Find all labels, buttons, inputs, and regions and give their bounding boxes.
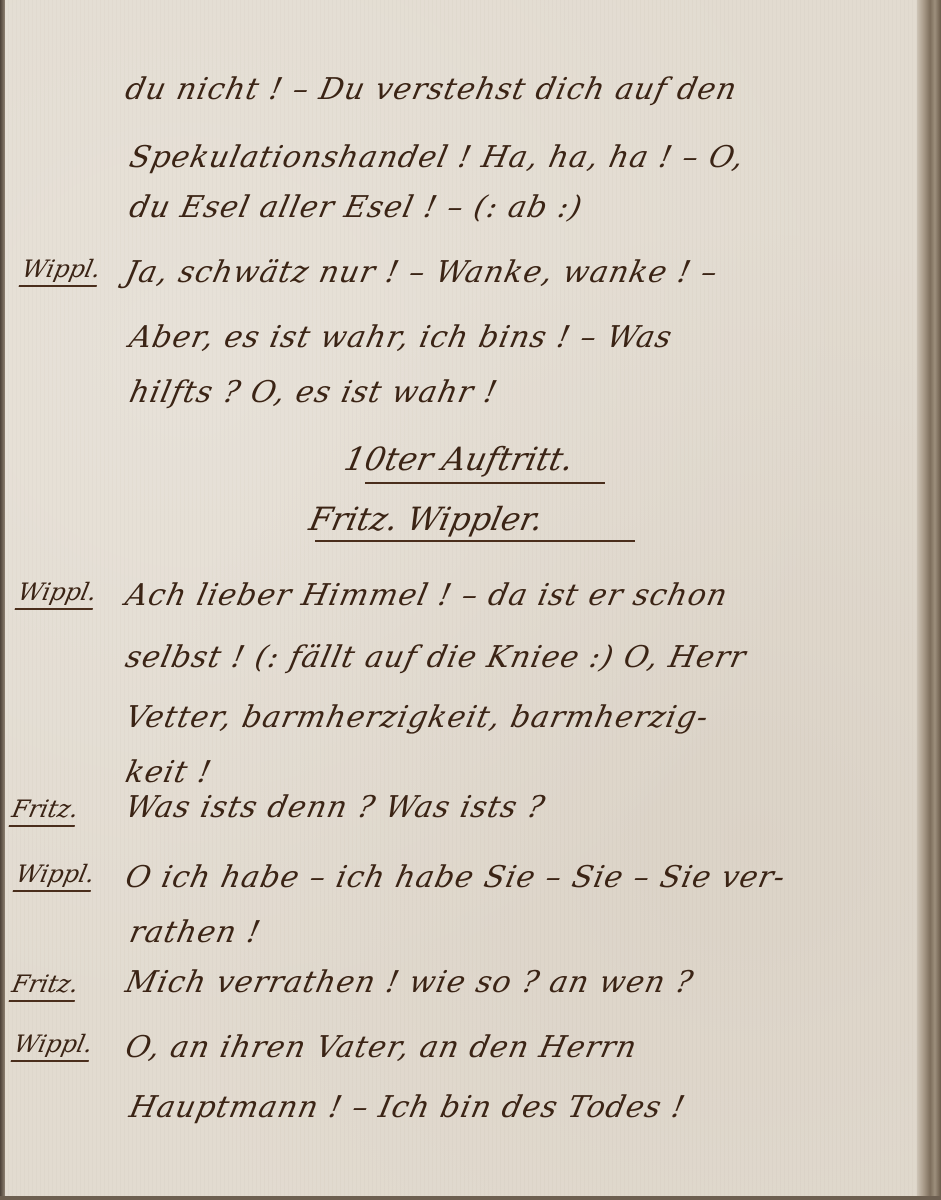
text-line: Hauptmann ! – Ich bin des Todes ! — [126, 1090, 688, 1125]
text-line: Spekulationshandel ! Ha, ha, ha ! – O, — [126, 140, 747, 175]
page-right-edge-binding — [917, 0, 941, 1200]
page-bottom-edge — [0, 1196, 941, 1200]
text-line: Vetter, barmherzigkeit, barmherzig- — [122, 700, 712, 735]
speaker-label: Wippl. — [13, 860, 98, 892]
text-line: du nicht ! – Du verstehst dich auf den — [122, 72, 740, 107]
manuscript-page: du nicht ! – Du verstehst dich auf den S… — [0, 0, 941, 1200]
speaker-label: Wippl. — [15, 578, 100, 610]
speaker-label: Fritz. — [9, 970, 82, 1002]
text-line: hilfts ? O, es ist wahr ! — [126, 375, 501, 410]
text-line: Mich verrathen ! wie so ? an wen ? — [122, 965, 697, 1000]
text-line: Was ists denn ? Was ists ? — [122, 790, 548, 825]
characters-rule — [315, 540, 635, 542]
scene-characters: Fritz. Wippler. — [306, 500, 547, 538]
heading-rule — [365, 482, 605, 484]
text-line: keit ! — [122, 755, 215, 790]
text-line: selbst ! (: fällt auf die Kniee :) O, He… — [122, 640, 749, 675]
speaker-label: Wippl. — [11, 1030, 96, 1062]
text-line: Ja, schwätz nur ! – Wanke, wanke ! – — [122, 255, 721, 290]
speaker-label: Wippl. — [19, 255, 104, 287]
text-line: O, an ihren Vater, an den Herrn — [122, 1030, 640, 1065]
scene-heading: 10ter Auftritt. — [341, 440, 577, 478]
text-line: O ich habe – ich habe Sie – Sie – Sie ve… — [122, 860, 789, 895]
text-line: Ach lieber Himmel ! – da ist er schon — [122, 578, 731, 613]
text-line: rathen ! — [126, 915, 264, 950]
text-line: du Esel aller Esel ! – (: ab :) — [126, 190, 585, 225]
speaker-label: Fritz. — [9, 795, 82, 827]
page-left-edge — [0, 0, 5, 1200]
text-line: Aber, es ist wahr, ich bins ! – Was — [126, 320, 675, 355]
